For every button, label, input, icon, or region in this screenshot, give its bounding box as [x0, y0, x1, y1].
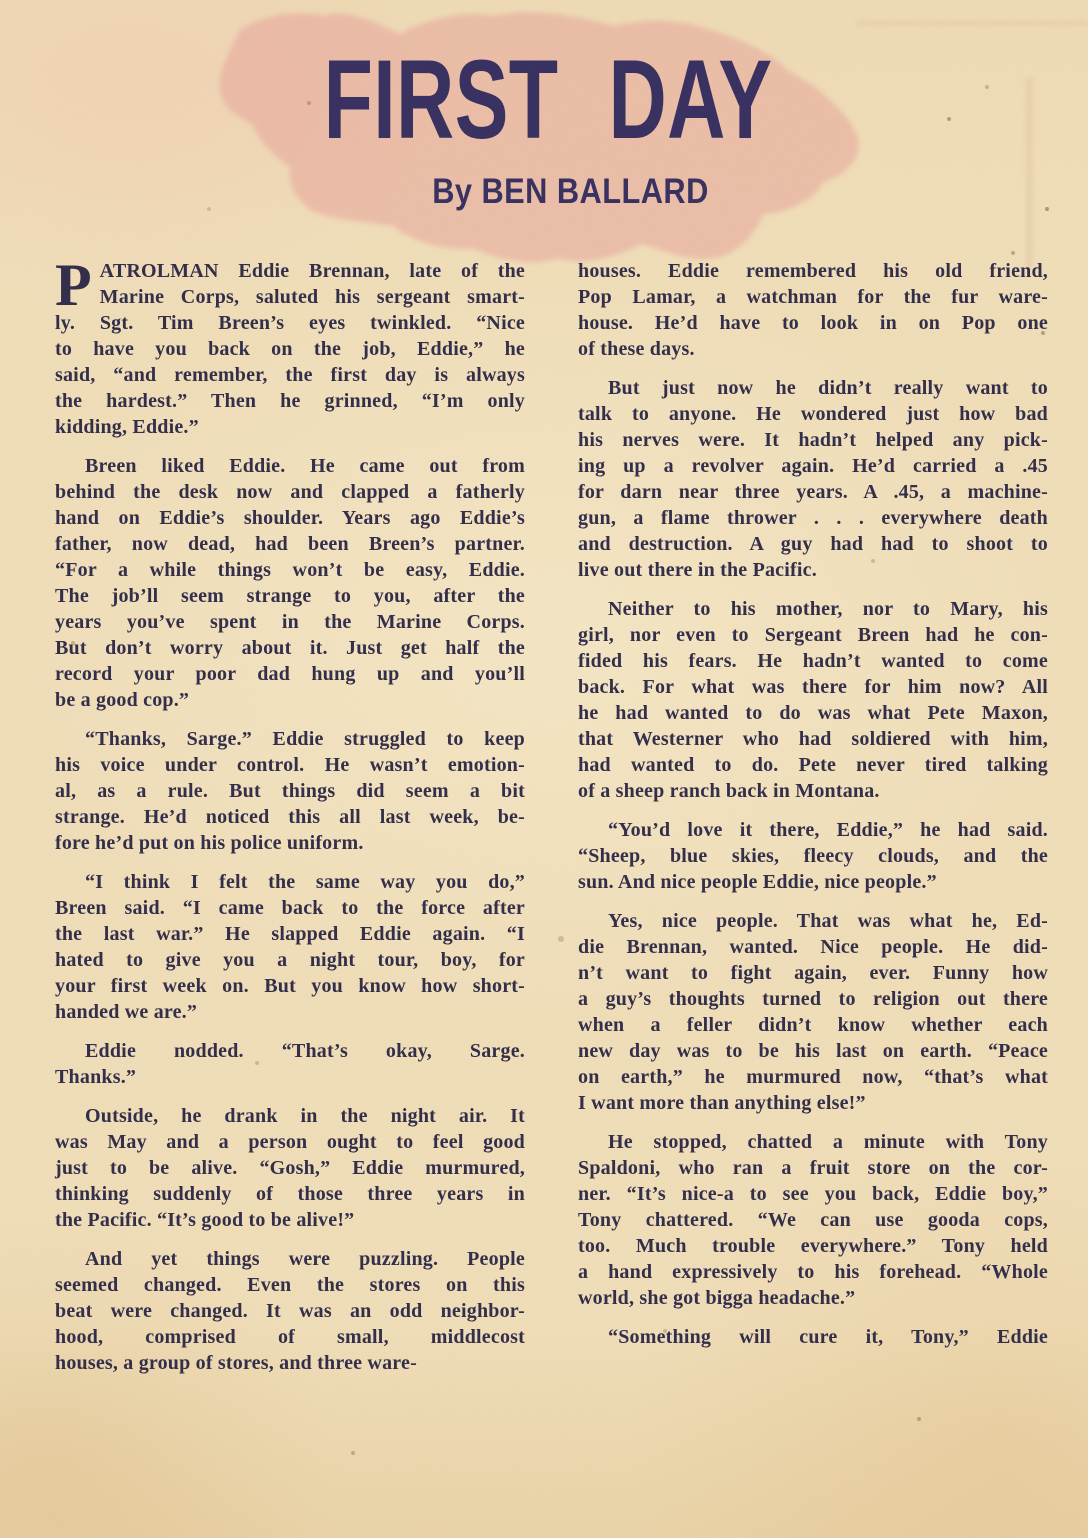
text-line: a hand expressively to his forehead. “Wh… [578, 1259, 1048, 1285]
text-line: that Westerner who had soldiered with hi… [578, 726, 1048, 752]
text-line: was May and a person ought to feel good [55, 1129, 525, 1155]
paragraph: But just now he didn’t really want total… [578, 375, 1048, 583]
text-line: die Brennan, wanted. Nice people. He did… [578, 934, 1048, 960]
text-line: Pop Lamar, a watchman for the fur ware- [578, 284, 1048, 310]
text-line: sun. And nice people Eddie, nice people.… [578, 869, 1048, 895]
text-line: Eddie nodded. “That’s okay, Sarge. [55, 1038, 525, 1064]
text-line: Breen liked Eddie. He came out from [55, 453, 525, 479]
paragraph: He stopped, chatted a minute with TonySp… [578, 1129, 1048, 1311]
text-line: back. For what was there for him now? Al… [578, 674, 1048, 700]
text-line: and destruction. A guy had had to shoot … [578, 531, 1048, 557]
paragraph: Breen liked Eddie. He came out frombehin… [55, 453, 525, 713]
story-body: PATROLMAN Eddie Brennan, late of theMari… [55, 258, 1048, 1376]
text-line: houses, a group of stores, and three war… [55, 1350, 525, 1376]
page-title: FIRST DAY [324, 44, 773, 156]
text-line: Outside, he drank in the night air. It [55, 1103, 525, 1129]
text-line: world, she got bigga headache.” [578, 1285, 1048, 1311]
paragraph: Yes, nice people. That was what he, Ed-d… [578, 908, 1048, 1116]
text-line: the hardest.” Then he grinned, “I’m only [55, 388, 525, 414]
text-line: he had wanted to do was what Pete Maxon, [578, 700, 1048, 726]
paragraph: Outside, he drank in the night air. Itwa… [55, 1103, 525, 1233]
paragraph: Eddie nodded. “That’s okay, Sarge.Thanks… [55, 1038, 525, 1090]
text-column-right: houses. Eddie remembered his old friend,… [578, 258, 1048, 1376]
text-line: “You’d love it there, Eddie,” he had sai… [578, 817, 1048, 843]
paragraph: “Something will cure it, Tony,” Eddie [578, 1324, 1048, 1350]
text-line: talk to anyone. He wondered just how bad [578, 401, 1048, 427]
text-line: to have you back on the job, Eddie,” he [55, 336, 525, 362]
text-line: strange. He’d noticed this all last week… [55, 804, 525, 830]
text-column-left: PATROLMAN Eddie Brennan, late of theMari… [55, 258, 525, 1376]
paragraph: “You’d love it there, Eddie,” he had sai… [578, 817, 1048, 895]
text-line: hood, comprised of small, middlecost [55, 1324, 525, 1350]
title-block: FIRST DAY [0, 44, 1088, 156]
byline-block: By BEN BALLARD [0, 174, 1088, 209]
text-line: al, as a rule. But things did seem a bit [55, 778, 525, 804]
text-line: fided his fears. He hadn’t wanted to com… [578, 648, 1048, 674]
text-line: houses. Eddie remembered his old friend, [578, 258, 1048, 284]
text-line: The job’ll seem strange to you, after th… [55, 583, 525, 609]
story-page: FIRST DAY By BEN BALLARD PATROLMAN Eddie… [0, 0, 1088, 1538]
text-line: fore he’d put on his police uniform. [55, 830, 525, 856]
text-line: too. Much trouble everywhere.” Tony held [578, 1233, 1048, 1259]
text-line: Yes, nice people. That was what he, Ed- [578, 908, 1048, 934]
text-line: Spaldoni, who ran a fruit store on the c… [578, 1155, 1048, 1181]
text-line: hand on Eddie’s shoulder. Years ago Eddi… [55, 505, 525, 531]
text-line: a guy’s thoughts turned to religion out … [578, 986, 1048, 1012]
ink-bleed-horizontal [856, 20, 1088, 26]
text-line: years you’ve spent in the Marine Corps. [55, 609, 525, 635]
text-line: n’t want to fight again, ever. Funny how [578, 960, 1048, 986]
text-line: his voice under control. He wasn’t emoti… [55, 752, 525, 778]
paragraph: “Thanks, Sarge.” Eddie struggled to keep… [55, 726, 525, 856]
text-line: live out there in the Pacific. [578, 557, 1048, 583]
paragraph: And yet things were puzzling. Peopleseem… [55, 1246, 525, 1376]
text-line: He stopped, chatted a minute with Tony [578, 1129, 1048, 1155]
paragraph: PATROLMAN Eddie Brennan, late of theMari… [55, 258, 525, 440]
text-line: Thanks.” [55, 1064, 525, 1090]
text-line: of these days. [578, 336, 1048, 362]
text-line: “I think I felt the same way you do,” [55, 869, 525, 895]
text-line: said, “and remember, the first day is al… [55, 362, 525, 388]
text-line: your first week on. But you know how sho… [55, 973, 525, 999]
byline: By BEN BALLARD [432, 174, 709, 209]
paragraph: houses. Eddie remembered his old friend,… [578, 258, 1048, 362]
text-line: ner. “It’s nice-a to see you back, Eddie… [578, 1181, 1048, 1207]
text-line: just to be alive. “Gosh,” Eddie murmured… [55, 1155, 525, 1181]
text-line: hated to give you a night tour, boy, for [55, 947, 525, 973]
text-line: But just now he didn’t really want to [578, 375, 1048, 401]
text-line: “Sheep, blue skies, fleecy clouds, and t… [578, 843, 1048, 869]
text-line: handed we are.” [55, 999, 525, 1025]
text-line: the Pacific. “It’s good to be alive!” [55, 1207, 525, 1233]
text-line: ing up a revolver again. He’d carried a … [578, 453, 1048, 479]
text-line: new day was to be his last on earth. “Pe… [578, 1038, 1048, 1064]
paragraph: “I think I felt the same way you do,”Bre… [55, 869, 525, 1025]
text-line: seemed changed. Even the stores on this [55, 1272, 525, 1298]
text-line: gun, a flame thrower . . . everywhere de… [578, 505, 1048, 531]
text-line: for darn near three years. A .45, a mach… [578, 479, 1048, 505]
text-line: And yet things were puzzling. People [55, 1246, 525, 1272]
text-line: record your poor dad hung up and you’ll [55, 661, 525, 687]
text-line: when a feller didn’t know whether each [578, 1012, 1048, 1038]
text-line: “Thanks, Sarge.” Eddie struggled to keep [55, 726, 525, 752]
text-line: kidding, Eddie.” [55, 414, 525, 440]
text-line: Neither to his mother, nor to Mary, his [578, 596, 1048, 622]
text-line: girl, nor even to Sergeant Breen had he … [578, 622, 1048, 648]
text-line: of a sheep ranch back in Montana. [578, 778, 1048, 804]
text-line: Breen said. “I came back to the force af… [55, 895, 525, 921]
text-line: thinking suddenly of those three years i… [55, 1181, 525, 1207]
drop-cap: P [55, 258, 100, 310]
text-line: on earth,” he murmured now, “that’s what [578, 1064, 1048, 1090]
text-line: ATROLMAN Eddie Brennan, late of the [55, 258, 525, 284]
text-line: had wanted to do. Pete never tired talki… [578, 752, 1048, 778]
text-line: ly. Sgt. Tim Breen’s eyes twinkled. “Nic… [55, 310, 525, 336]
text-line: Marine Corps, saluted his sergeant smart… [55, 284, 525, 310]
text-line: But don’t worry about it. Just get half … [55, 635, 525, 661]
text-line: father, now dead, had been Breen’s partn… [55, 531, 525, 557]
text-line: I want more than anything else!” [578, 1090, 1048, 1116]
paper-specks [0, 0, 2, 2]
text-line: behind the desk now and clapped a father… [55, 479, 525, 505]
text-line: the last war.” He slapped Eddie again. “… [55, 921, 525, 947]
text-line: house. He’d have to look in on Pop one [578, 310, 1048, 336]
text-line: “For a while things won’t be easy, Eddie… [55, 557, 525, 583]
text-line: his nerves were. It hadn’t helped any pi… [578, 427, 1048, 453]
text-line: be a good cop.” [55, 687, 525, 713]
text-line: Tony chattered. “We can use gooda cops, [578, 1207, 1048, 1233]
paragraph: Neither to his mother, nor to Mary, hisg… [578, 596, 1048, 804]
text-line: beat were changed. It was an odd neighbo… [55, 1298, 525, 1324]
text-line: “Something will cure it, Tony,” Eddie [578, 1324, 1048, 1350]
